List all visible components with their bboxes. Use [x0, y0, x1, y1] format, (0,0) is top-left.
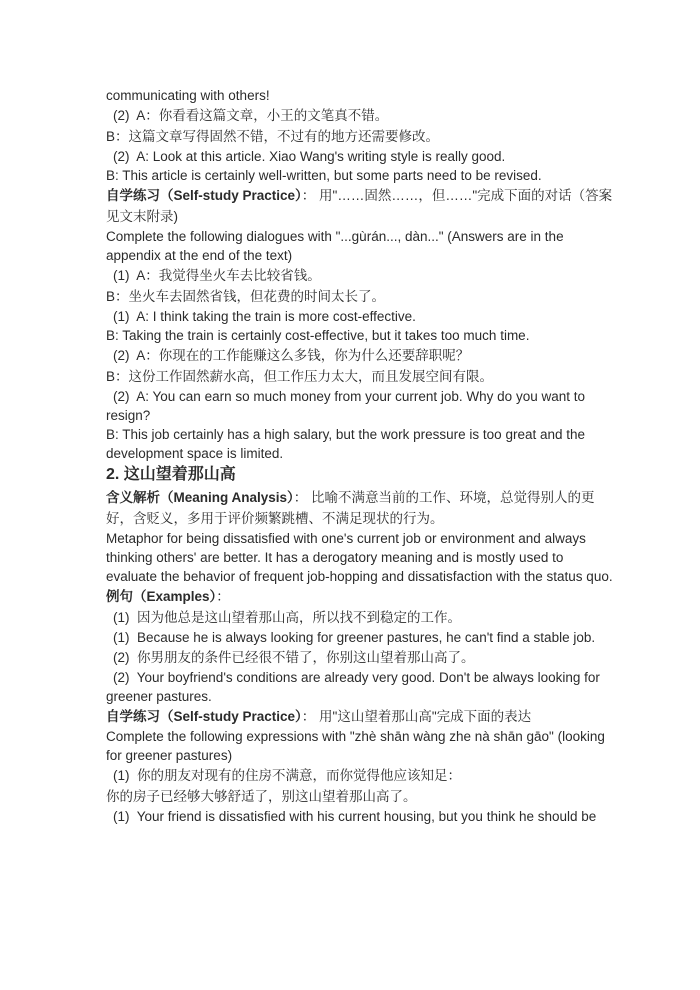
paragraph: Complete the following dialogues with ".…	[106, 227, 594, 265]
paragraph: (2) 你男朋友的条件已经很不错了，你别这山望着那山高了。	[106, 647, 594, 668]
text-line: B：坐火车去固然省钱，但花费的时间太长了。	[106, 286, 594, 307]
text-line: appendix at the end of the text)	[106, 246, 594, 265]
paragraph: (2) A: Look at this article. Xiao Wang's…	[106, 147, 594, 185]
label-text: ： 用"这山望着那山高"完成下面的表达	[302, 709, 531, 724]
document-page: communicating with others!(2) A：你看看这篇文章，…	[0, 0, 700, 990]
text-line: B: This job certainly has a high salary,…	[106, 425, 594, 444]
document-body: communicating with others!(2) A：你看看这篇文章，…	[0, 0, 700, 826]
text-line: (2) 你男朋友的条件已经很不错了，你别这山望着那山高了。	[106, 647, 594, 668]
label-bold-text: 例句（Examples）	[106, 589, 216, 604]
paragraph: (1) Your friend is dissatisfied with his…	[106, 807, 594, 826]
label-text: ：	[216, 589, 230, 604]
text-line: evaluate the behavior of frequent job-ho…	[106, 567, 594, 586]
label-text: ： 比喻不满意当前的工作、环境，总觉得别人的更	[294, 490, 595, 505]
label-text: ： 用"……固然……，但……"完成下面的对话（答案	[302, 188, 612, 203]
text-line: for greener pastures)	[106, 746, 594, 765]
text-line: 含义解析（Meaning Analysis）： 比喻不满意当前的工作、环境，总觉…	[106, 487, 594, 508]
paragraph: (2) A：你看看这篇文章，小王的文笔真不错。B：这篇文章写得固然不错，不过有的…	[106, 105, 594, 147]
text-line: communicating with others!	[106, 86, 594, 105]
paragraph: (2) A：你现在的工作能赚这么多钱，你为什么还要辞职呢？B：这份工作固然薪水高…	[106, 345, 594, 387]
paragraph: (1) A: I think taking the train is more …	[106, 307, 594, 345]
text-line: thinking others' are better. It has a de…	[106, 548, 594, 567]
paragraph: 自学练习（Self-study Practice）： 用"这山望着那山高"完成下…	[106, 706, 594, 727]
text-line: (1) 你的朋友对现有的住房不满意，而你觉得他应该知足：	[106, 765, 594, 786]
text-line: 自学练习（Self-study Practice）： 用"这山望着那山高"完成下…	[106, 706, 594, 727]
text-line: Metaphor for being dissatisfied with one…	[106, 529, 594, 548]
paragraph: Complete the following expressions with …	[106, 727, 594, 765]
paragraph: (2) Your boyfriend's conditions are alre…	[106, 668, 594, 706]
text-line: 自学练习（Self-study Practice）： 用"……固然……，但……"…	[106, 185, 594, 206]
text-line: (1) 因为他总是这山望着那山高，所以找不到稳定的工作。	[106, 607, 594, 628]
text-line: 2. 这山望着那山高	[106, 463, 594, 487]
label-bold-text: 自学练习（Self-study Practice）	[106, 188, 302, 203]
paragraph: communicating with others!	[106, 86, 594, 105]
label-bold-text: 含义解析（Meaning Analysis）	[106, 490, 294, 505]
text-line: B: Taking the train is certainly cost-ef…	[106, 326, 594, 345]
text-line: (2) A：你现在的工作能赚这么多钱，你为什么还要辞职呢？	[106, 345, 594, 366]
paragraph: 含义解析（Meaning Analysis）： 比喻不满意当前的工作、环境，总觉…	[106, 487, 594, 529]
paragraph: (1) 因为他总是这山望着那山高，所以找不到稳定的工作。	[106, 607, 594, 628]
text-line: greener pastures.	[106, 687, 594, 706]
paragraph: (1) A：我觉得坐火车去比较省钱。B：坐火车去固然省钱，但花费的时间太长了。	[106, 265, 594, 307]
text-line: (1) A：我觉得坐火车去比较省钱。	[106, 265, 594, 286]
text-line: development space is limited.	[106, 444, 594, 463]
text-line: (2) A: You can earn so much money from y…	[106, 387, 594, 406]
text-line: 见文末附录)	[106, 206, 594, 227]
section-heading: 2. 这山望着那山高	[106, 463, 594, 487]
text-line: 你的房子已经够大够舒适了，别这山望着那山高了。	[106, 786, 594, 807]
text-line: Complete the following dialogues with ".…	[106, 227, 594, 246]
text-line: (2) A：你看看这篇文章，小王的文笔真不错。	[106, 105, 594, 126]
paragraph: 例句（Examples）：	[106, 586, 594, 607]
paragraph: 自学练习（Self-study Practice）： 用"……固然……，但……"…	[106, 185, 594, 227]
text-line: (2) Your boyfriend's conditions are alre…	[106, 668, 594, 687]
paragraph: Metaphor for being dissatisfied with one…	[106, 529, 594, 586]
label-bold-text: 自学练习（Self-study Practice）	[106, 709, 302, 724]
paragraph: (1) Because he is always looking for gre…	[106, 628, 594, 647]
text-line: B: This article is certainly well-writte…	[106, 166, 594, 185]
text-line: (1) Because he is always looking for gre…	[106, 628, 594, 647]
text-line: B：这份工作固然薪水高，但工作压力太大，而且发展空间有限。	[106, 366, 594, 387]
text-line: B：这篇文章写得固然不错，不过有的地方还需要修改。	[106, 126, 594, 147]
text-line: (1) A: I think taking the train is more …	[106, 307, 594, 326]
text-line: Complete the following expressions with …	[106, 727, 594, 746]
text-line: 好，含贬义，多用于评价频繁跳槽、不满足现状的行为。	[106, 508, 594, 529]
text-line: (2) A: Look at this article. Xiao Wang's…	[106, 147, 594, 166]
text-line: 例句（Examples）：	[106, 586, 594, 607]
text-line: resign?	[106, 406, 594, 425]
text-line: (1) Your friend is dissatisfied with his…	[106, 807, 594, 826]
paragraph: (1) 你的朋友对现有的住房不满意，而你觉得他应该知足：你的房子已经够大够舒适了…	[106, 765, 594, 807]
paragraph: (2) A: You can earn so much money from y…	[106, 387, 594, 463]
